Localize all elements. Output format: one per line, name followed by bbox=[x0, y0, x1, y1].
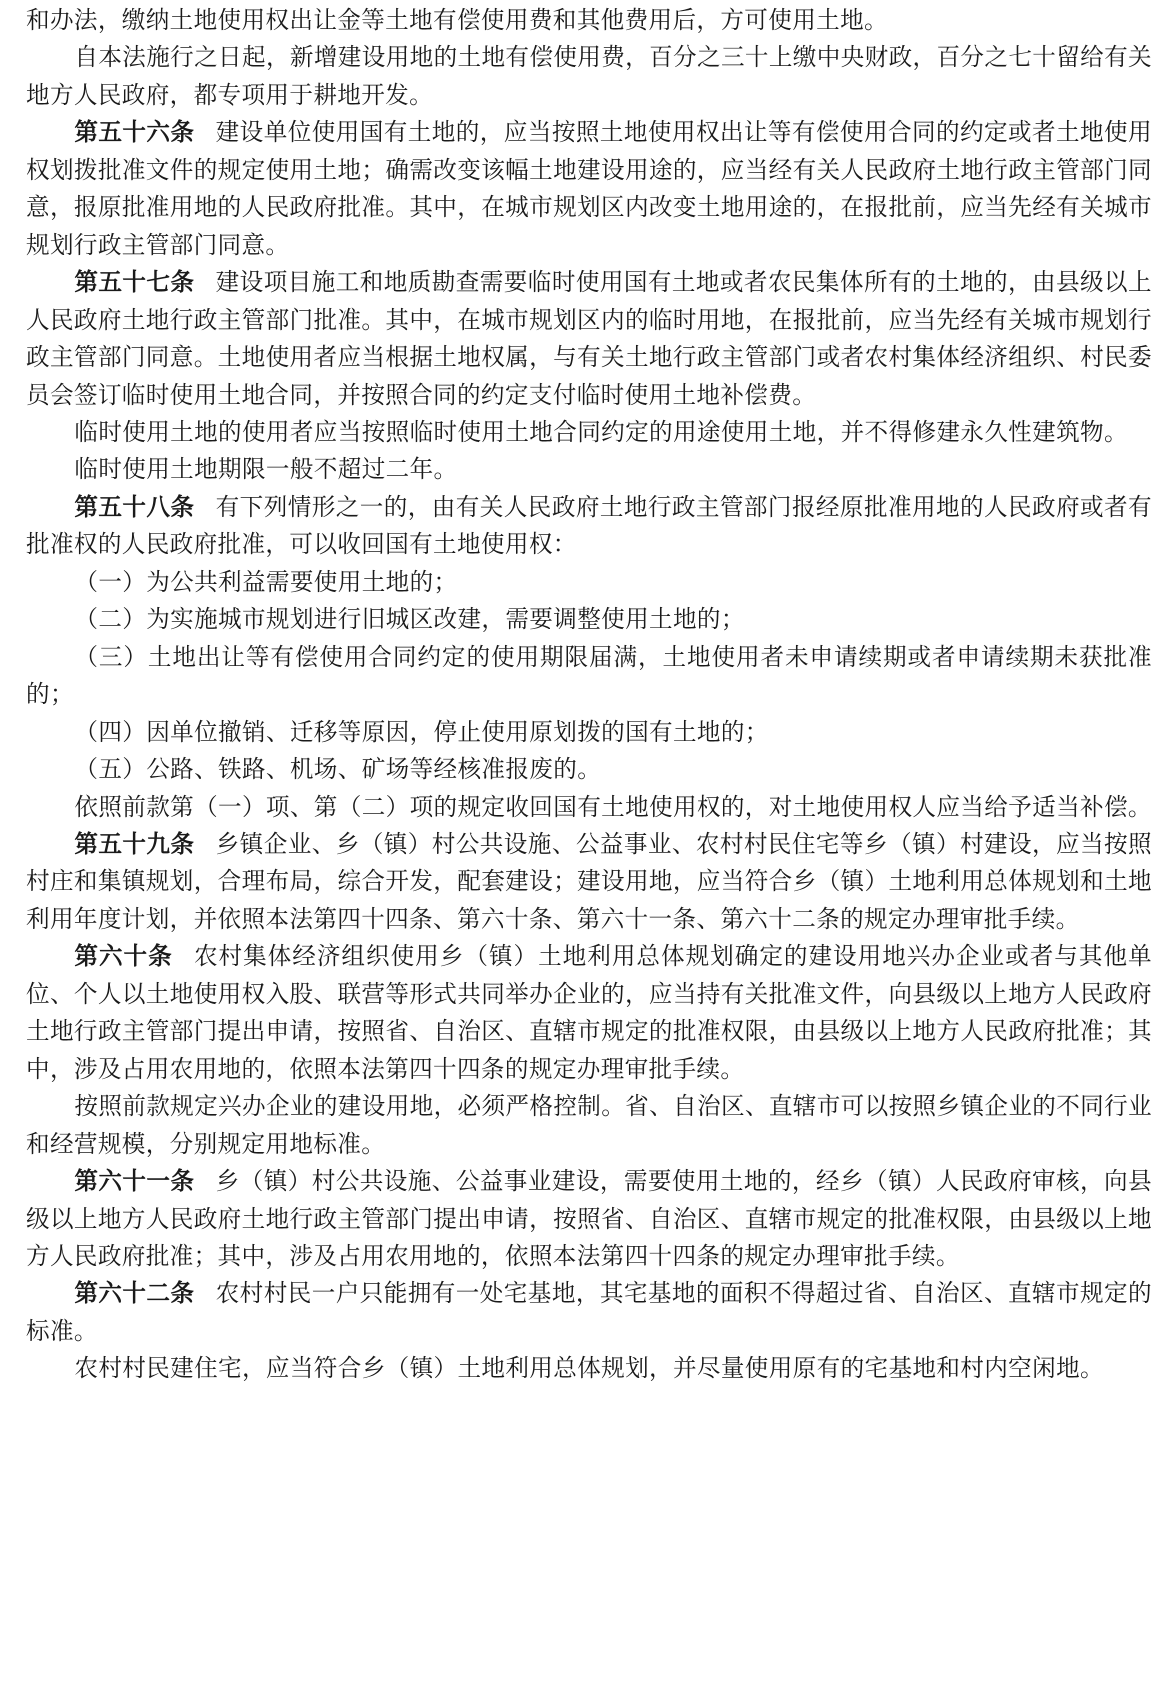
list-item-3: （三）土地出让等有偿使用合同约定的使用期限届满，土地使用者未申请续期或者申请续期… bbox=[26, 639, 1152, 714]
paragraph-5: 临时使用土地期限一般不超过二年。 bbox=[26, 451, 1152, 488]
article-heading: 第六十一条 bbox=[74, 1167, 194, 1195]
paragraph-text: 临时使用土地的使用者应当按照临时使用土地合同约定的用途使用土地，并不得修建永久性… bbox=[74, 418, 1128, 446]
list-item-5: （五）公路、铁路、机场、矿场等经核准报废的。 bbox=[26, 751, 1152, 788]
article-61: 第六十一条乡（镇）村公共设施、公益事业建设，需要使用土地的，经乡（镇）人民政府审… bbox=[26, 1163, 1152, 1275]
list-item-2: （二）为实施城市规划进行旧城区改建，需要调整使用土地的； bbox=[26, 601, 1152, 638]
paragraph-text: 自本法施行之日起，新增建设用地的土地有偿使用费，百分之三十上缴中央财政，百分之七… bbox=[26, 43, 1152, 108]
list-item-1: （一）为公共利益需要使用土地的； bbox=[26, 564, 1152, 601]
document-page: 和办法，缴纳土地使用权出让金等土地有偿使用费和其他费用后，方可使用土地。 自本法… bbox=[0, 0, 1176, 1687]
paragraph-12: 依照前款第（一）项、第（二）项的规定收回国有土地使用权的，对土地使用权人应当给予… bbox=[26, 789, 1152, 826]
paragraph-text: （四）因单位撤销、迁移等原因，停止使用原划拨的国有土地的； bbox=[74, 718, 768, 746]
paragraph-text: 建设项目施工和地质勘查需要临时使用国有土地或者农民集体所有的土地的，由县级以上人… bbox=[26, 268, 1152, 408]
paragraph-text: 乡（镇）村公共设施、公益事业建设，需要使用土地的，经乡（镇）人民政府审核，向县级… bbox=[26, 1167, 1152, 1270]
paragraph-text: 乡镇企业、乡（镇）村公共设施、公益事业、农村村民住宅等乡（镇）村建设，应当按照村… bbox=[26, 830, 1152, 933]
paragraph-text: 农村村民建住宅，应当符合乡（镇）土地利用总体规划，并尽量使用原有的宅基地和村内空… bbox=[74, 1354, 1104, 1382]
paragraph-text: 建设单位使用国有土地的，应当按照土地使用权出让等有偿使用合同的约定或者土地使用权… bbox=[26, 118, 1152, 258]
article-59: 第五十九条乡镇企业、乡（镇）村公共设施、公益事业、农村村民住宅等乡（镇）村建设，… bbox=[26, 826, 1152, 938]
article-heading: 第六十二条 bbox=[74, 1279, 194, 1307]
article-heading: 第五十八条 bbox=[74, 493, 194, 521]
paragraph-text: 农村村民一户只能拥有一处宅基地，其宅基地的面积不得超过省、自治区、直辖市规定的标… bbox=[26, 1279, 1152, 1344]
paragraph-text: （一）为公共利益需要使用土地的； bbox=[74, 568, 457, 596]
article-58: 第五十八条有下列情形之一的，由有关人民政府土地行政主管部门报经原批准用地的人民政… bbox=[26, 489, 1152, 564]
article-heading: 第五十七条 bbox=[74, 268, 194, 296]
paragraph-1: 自本法施行之日起，新增建设用地的土地有偿使用费，百分之三十上缴中央财政，百分之七… bbox=[26, 39, 1152, 114]
paragraph-text: （三）土地出让等有偿使用合同约定的使用期限届满，土地使用者未申请续期或者申请续期… bbox=[26, 643, 1152, 708]
article-57: 第五十七条建设项目施工和地质勘查需要临时使用国有土地或者农民集体所有的土地的，由… bbox=[26, 264, 1152, 414]
paragraph-4: 临时使用土地的使用者应当按照临时使用土地合同约定的用途使用土地，并不得修建永久性… bbox=[26, 414, 1152, 451]
article-heading: 第六十条 bbox=[74, 942, 172, 970]
paragraph-text: 农村集体经济组织使用乡（镇）土地利用总体规划确定的建设用地兴办企业或者与其他单位… bbox=[26, 942, 1152, 1082]
paragraph-text: 依照前款第（一）项、第（二）项的规定收回国有土地使用权的，对土地使用权人应当给予… bbox=[74, 793, 1151, 821]
article-60: 第六十条农村集体经济组织使用乡（镇）土地利用总体规划确定的建设用地兴办企业或者与… bbox=[26, 938, 1152, 1088]
paragraph-0: 和办法，缴纳土地使用权出让金等土地有偿使用费和其他费用后，方可使用土地。 bbox=[26, 2, 1152, 39]
paragraph-text: （二）为实施城市规划进行旧城区改建，需要调整使用土地的； bbox=[74, 605, 744, 633]
list-item-4: （四）因单位撤销、迁移等原因，停止使用原划拨的国有土地的； bbox=[26, 714, 1152, 751]
paragraph-text: 有下列情形之一的，由有关人民政府土地行政主管部门报经原批准用地的人民政府或者有批… bbox=[26, 493, 1152, 558]
paragraph-text: （五）公路、铁路、机场、矿场等经核准报废的。 bbox=[74, 755, 601, 783]
article-heading: 第五十六条 bbox=[74, 118, 194, 146]
article-heading: 第五十九条 bbox=[74, 830, 194, 858]
paragraph-text: 临时使用土地期限一般不超过二年。 bbox=[74, 455, 457, 483]
paragraph-15: 按照前款规定兴办企业的建设用地，必须严格控制。省、自治区、直辖市可以按照乡镇企业… bbox=[26, 1088, 1152, 1163]
paragraph-18: 农村村民建住宅，应当符合乡（镇）土地利用总体规划，并尽量使用原有的宅基地和村内空… bbox=[26, 1350, 1152, 1387]
article-62: 第六十二条农村村民一户只能拥有一处宅基地，其宅基地的面积不得超过省、自治区、直辖… bbox=[26, 1275, 1152, 1350]
paragraph-text: 按照前款规定兴办企业的建设用地，必须严格控制。省、自治区、直辖市可以按照乡镇企业… bbox=[26, 1092, 1152, 1157]
article-56: 第五十六条建设单位使用国有土地的，应当按照土地使用权出让等有偿使用合同的约定或者… bbox=[26, 114, 1152, 264]
paragraph-text: 和办法，缴纳土地使用权出让金等土地有偿使用费和其他费用后，方可使用土地。 bbox=[26, 6, 888, 34]
